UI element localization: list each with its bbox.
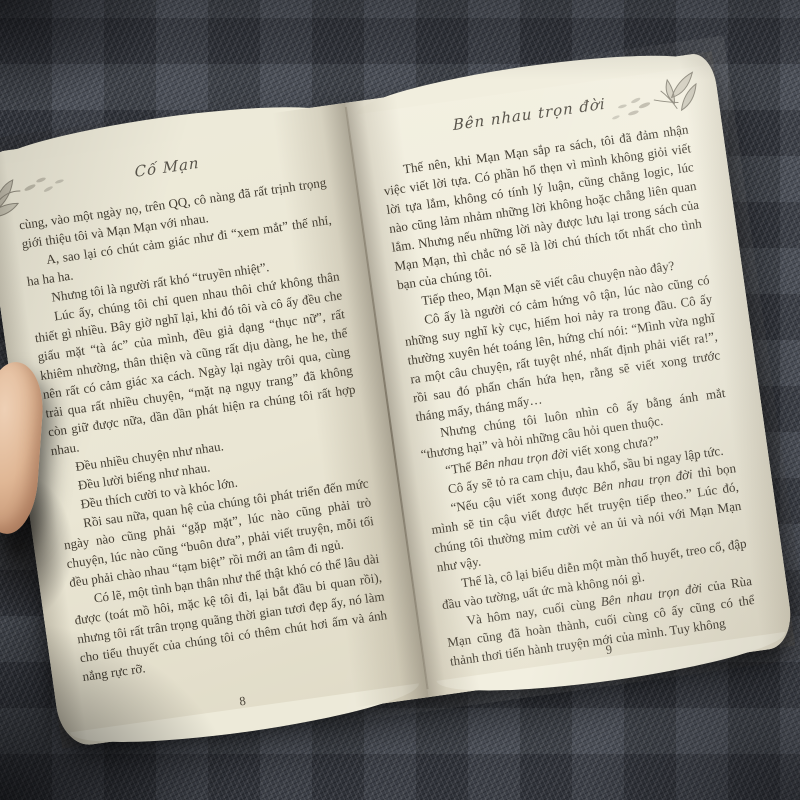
right-page-text: Thế nên, khi Mạn Mạn sắp ra sách, tôi đã… [380, 120, 758, 671]
left-page-text: cùng, vào một ngày nọ, trên QQ, cô nàng … [18, 172, 391, 686]
open-book: Cố Mạn cùng, vào một ngày nọ, trên QQ, c… [0, 51, 795, 748]
book-photo-scene: Cố Mạn cùng, vào một ngày nọ, trên QQ, c… [0, 0, 800, 800]
